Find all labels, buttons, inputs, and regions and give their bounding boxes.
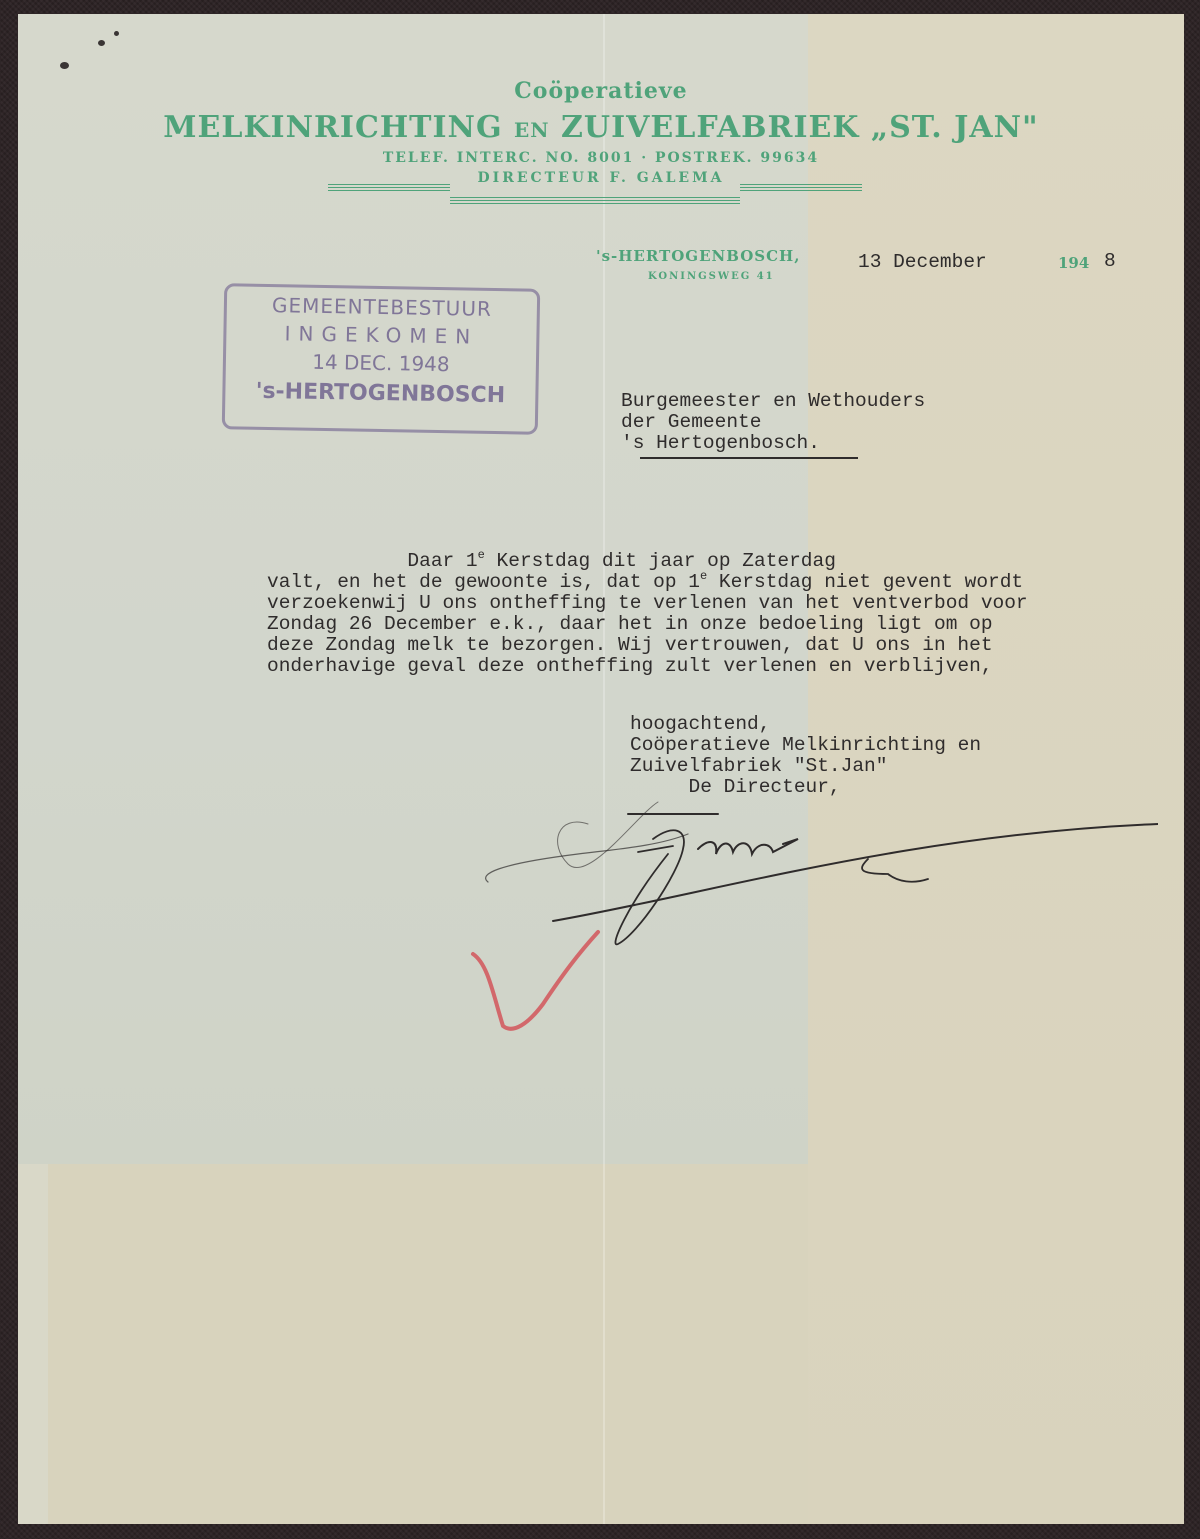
letterhead-cooperative: Coöperatieve — [18, 78, 1184, 104]
punch-hole-icon — [114, 31, 119, 36]
punch-hole-icon — [98, 40, 105, 46]
letter-date: 13 December — [858, 252, 987, 273]
letterhead-place: 's-HERTOGENBOSCH, — [596, 247, 800, 265]
closing-line: Zuivelfabriek "St.Jan" — [630, 756, 981, 777]
recipient-underline — [640, 457, 858, 459]
red-checkmark-icon — [473, 932, 598, 1029]
letterhead-telephone: TELEF. INTERC. NO. 8001 · POSTREK. 99634 — [18, 150, 1184, 166]
closing-line: Coöperatieve Melkinrichting en — [630, 735, 981, 756]
recipient-line: Burgemeester en Wethouders — [621, 391, 925, 412]
letterhead-name-part: MELKINRICHTING — [163, 110, 502, 145]
letterhead-street: KONINGSWEG 41 — [648, 271, 775, 282]
body-line: Daar 1e Kerstdag dit jaar op Zaterdag — [267, 551, 1028, 572]
stamp-line: GEMEENTEBESTUUR — [227, 292, 537, 321]
punch-hole-icon — [60, 62, 69, 69]
letter-year-printed: 194 — [1058, 254, 1089, 272]
body-line: valt, en het de gewoonte is, dat op 1e K… — [267, 572, 1028, 593]
body-line: verzoekenwij U ons ontheffing te verlene… — [267, 593, 1028, 614]
letterhead-director: DIRECTEUR F. GALEMA — [18, 170, 1184, 186]
recipient-address: Burgemeester en Wethoudersder Gemeente's… — [621, 391, 925, 454]
stamp-date: 14 DEC. 1948 — [226, 348, 536, 377]
closing-line: hoogachtend, — [630, 714, 981, 735]
stamp-line: INGEKOMEN — [226, 320, 536, 349]
fold-line — [603, 14, 605, 1524]
body-line: deze Zondag melk te bezorgen. Wij vertro… — [267, 635, 1028, 656]
received-stamp: GEMEENTEBESTUUR INGEKOMEN 14 DEC. 1948 '… — [222, 283, 540, 434]
letterhead-name-part: EN — [514, 118, 550, 142]
signature-icon — [458, 794, 1158, 1054]
recipient-line: 's Hertogenbosch. — [621, 433, 925, 454]
letter-paper: Coöperatieve MELKINRICHTING EN ZUIVELFAB… — [18, 14, 1184, 1524]
letterhead-company-name: MELKINRICHTING EN ZUIVELFABRIEK „ST. JAN… — [18, 110, 1184, 145]
stamp-line: 's-HERTOGENBOSCH — [225, 378, 535, 408]
body-line: onderhavige geval deze ontheffing zult v… — [267, 656, 1028, 677]
letterhead-name-part: ZUIVELFABRIEK „ST. JAN" — [561, 110, 1039, 145]
recipient-line: der Gemeente — [621, 412, 925, 433]
letter-year-typed: 8 — [1104, 251, 1116, 272]
letter-closing: hoogachtend,Coöperatieve Melkinrichting … — [630, 714, 981, 798]
letter-body: Daar 1e Kerstdag dit jaar op Zaterdagval… — [267, 551, 1028, 677]
body-line: Zondag 26 December e.k., daar het in onz… — [267, 614, 1028, 635]
paper-tint-beige-bottom — [48, 1164, 808, 1524]
